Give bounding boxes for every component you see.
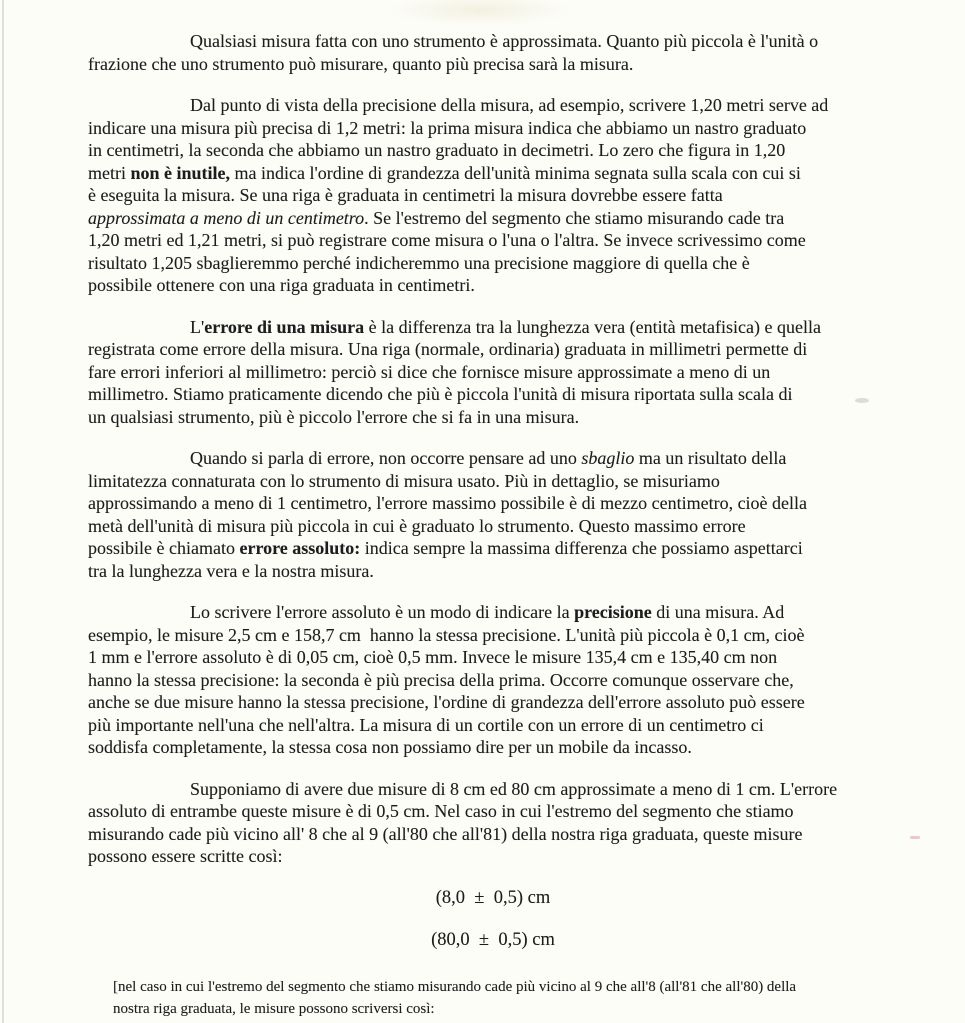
text-line: Supponiamo di avere due misure di 8 cm e… <box>88 778 898 801</box>
body-paragraph: Quando si parla di errore, non occorre p… <box>88 447 898 582</box>
text-line: soddisfa completamente, la stessa cosa n… <box>88 736 898 759</box>
text-run: hanno la stessa precisione: la seconda è… <box>88 670 794 690</box>
text-run: possibile ottenere con una riga graduata… <box>88 275 475 295</box>
text-line: esempio, le misure 2,5 cm e 158,7 cm han… <box>88 624 898 647</box>
text-run: un qualsiasi strumento, più è piccolo l'… <box>88 407 579 427</box>
text-run: indicare una misura più precisa di 1,2 m… <box>88 118 806 138</box>
text-run: tra la lunghezza vera e la nostra misura… <box>88 561 374 581</box>
text-run: possibile è chiamato <box>88 538 239 558</box>
text-run: più importante nell'una che nell'altra. … <box>88 715 764 735</box>
text-run: . Se l'estremo del segmento che stiamo m… <box>364 208 784 228</box>
text-line: un qualsiasi strumento, più è piccolo l'… <box>88 406 898 429</box>
scan-speck-artifact <box>910 836 920 839</box>
text-line: approssimata a meno di un centimetro. Se… <box>88 207 898 230</box>
text-run: 1,20 metri ed 1,21 metri, si può registr… <box>88 230 806 250</box>
text-line: 1 mm e l'errore assoluto è di 0,05 cm, c… <box>88 646 898 669</box>
text-run: assoluto di entrambe queste misure è di … <box>88 801 794 821</box>
scan-smudge-artifact <box>385 0 575 26</box>
document-body: Qualsiasi misura fatta con uno strumento… <box>88 30 898 1020</box>
text-line: risultato 1,205 sbaglieremmo perché indi… <box>88 252 898 275</box>
text-line: misurando cade più vicino all' 8 che al … <box>88 823 898 846</box>
text-run: indica sempre la massima differenza che … <box>360 538 803 558</box>
text-run: ma un risultato della <box>634 448 786 468</box>
text-line: registrata come errore della misura. Una… <box>88 338 898 361</box>
text-run: Supponiamo di avere due misure di 8 cm e… <box>190 779 837 799</box>
text-line: [nel caso in cui l'estremo del segmento … <box>113 976 898 998</box>
text-run: di una misura. Ad <box>652 602 785 622</box>
text-line: anche se due misure hanno la stessa prec… <box>88 691 898 714</box>
text-run: esempio, le misure 2,5 cm e 158,7 cm han… <box>88 625 805 645</box>
text-run: Dal punto di vista della precisione dell… <box>190 95 828 115</box>
text-run: metà dell'unità di misura più piccola in… <box>88 516 746 536</box>
text-run: approssimando a meno di 1 centimetro, l'… <box>88 493 807 513</box>
bold-text: errore assoluto: <box>239 538 360 558</box>
italic-text: sbaglio <box>581 448 634 468</box>
text-line: assoluto di entrambe queste misure è di … <box>88 800 898 823</box>
text-run: è eseguita la misura. Se una riga è grad… <box>88 185 723 205</box>
body-paragraph: Dal punto di vista della precisione dell… <box>88 94 898 297</box>
text-line: Dal punto di vista della precisione dell… <box>88 94 898 117</box>
text-run: è la differenza tra la lunghezza vera (e… <box>364 317 821 337</box>
text-run: misurando cade più vicino all' 8 che al … <box>88 824 802 844</box>
text-line: in centimetri, la seconda che abbiamo un… <box>88 139 898 162</box>
text-line: millimetro. Stiamo praticamente dicendo … <box>88 383 898 406</box>
text-run: anche se due misure hanno la stessa prec… <box>88 692 805 712</box>
text-line: fare errori inferiori al millimetro: per… <box>88 361 898 384</box>
text-run: possono essere scritte così: <box>88 846 282 866</box>
text-run: millimetro. Stiamo praticamente dicendo … <box>88 384 793 404</box>
formula-line: (8,0 ± 0,5) cm <box>88 887 898 910</box>
text-run: ma indica l'ordine di grandezza dell'uni… <box>230 163 801 183</box>
text-line: è eseguita la misura. Se una riga è grad… <box>88 184 898 207</box>
text-line: L'errore di una misura è la differenza t… <box>88 316 898 339</box>
text-line: più importante nell'una che nell'altra. … <box>88 714 898 737</box>
scan-edge-artifact <box>2 0 4 1023</box>
text-run: metri <box>88 163 131 183</box>
bold-text: errore di una misura <box>204 317 364 337</box>
text-run: Qualsiasi misura fatta con uno strumento… <box>190 31 818 51</box>
text-line: metri non è inutile, ma indica l'ordine … <box>88 162 898 185</box>
text-line: possibile è chiamato errore assoluto: in… <box>88 537 898 560</box>
italic-text: approssimata a meno di un centimetro <box>88 208 364 228</box>
text-run: registrata come errore della misura. Una… <box>88 339 807 359</box>
text-line: Quando si parla di errore, non occorre p… <box>88 447 898 470</box>
text-run: frazione che uno strumento può misurare,… <box>88 54 633 74</box>
text-run: Lo scrivere l'errore assoluto è un modo … <box>190 602 574 622</box>
text-run: fare errori inferiori al millimetro: per… <box>88 362 770 382</box>
text-run: 1 mm e l'errore assoluto è di 0,05 cm, c… <box>88 647 777 667</box>
formula-line: (80,0 ± 0,5) cm <box>88 929 898 952</box>
text-line: nostra riga graduata, le misure possono … <box>113 998 898 1020</box>
text-line: indicare una misura più precisa di 1,2 m… <box>88 117 898 140</box>
text-line: Qualsiasi misura fatta con uno strumento… <box>88 30 898 53</box>
scanned-page: Qualsiasi misura fatta con uno strumento… <box>0 0 965 1023</box>
text-line: possibile ottenere con una riga graduata… <box>88 274 898 297</box>
text-line: possono essere scritte così: <box>88 845 898 868</box>
text-run: [nel caso in cui l'estremo del segmento … <box>113 979 796 995</box>
text-line: metà dell'unità di misura più piccola in… <box>88 515 898 538</box>
body-paragraph: Qualsiasi misura fatta con uno strumento… <box>88 30 898 75</box>
text-line: approssimando a meno di 1 centimetro, l'… <box>88 492 898 515</box>
body-paragraph: Supponiamo di avere due misure di 8 cm e… <box>88 778 898 868</box>
text-line: limitatezza connaturata con lo strumento… <box>88 470 898 493</box>
text-line: tra la lunghezza vera e la nostra misura… <box>88 560 898 583</box>
footnote-paragraph: [nel caso in cui l'estremo del segmento … <box>113 976 898 1020</box>
bold-text: precisione <box>574 602 652 622</box>
text-line: hanno la stessa precisione: la seconda è… <box>88 669 898 692</box>
text-run: in centimetri, la seconda che abbiamo un… <box>88 140 785 160</box>
text-run: Quando si parla di errore, non occorre p… <box>190 448 581 468</box>
text-run: soddisfa completamente, la stessa cosa n… <box>88 737 692 757</box>
text-run: L' <box>190 317 204 337</box>
text-line: Lo scrivere l'errore assoluto è un modo … <box>88 601 898 624</box>
bold-text: non è inutile, <box>131 163 231 183</box>
body-paragraph: Lo scrivere l'errore assoluto è un modo … <box>88 601 898 759</box>
body-paragraph: L'errore di una misura è la differenza t… <box>88 316 898 429</box>
text-line: 1,20 metri ed 1,21 metri, si può registr… <box>88 229 898 252</box>
text-run: risultato 1,205 sbaglieremmo perché indi… <box>88 253 750 273</box>
text-line: frazione che uno strumento può misurare,… <box>88 53 898 76</box>
text-run: limitatezza connaturata con lo strumento… <box>88 471 720 491</box>
text-run: nostra riga graduata, le misure possono … <box>113 1001 435 1017</box>
